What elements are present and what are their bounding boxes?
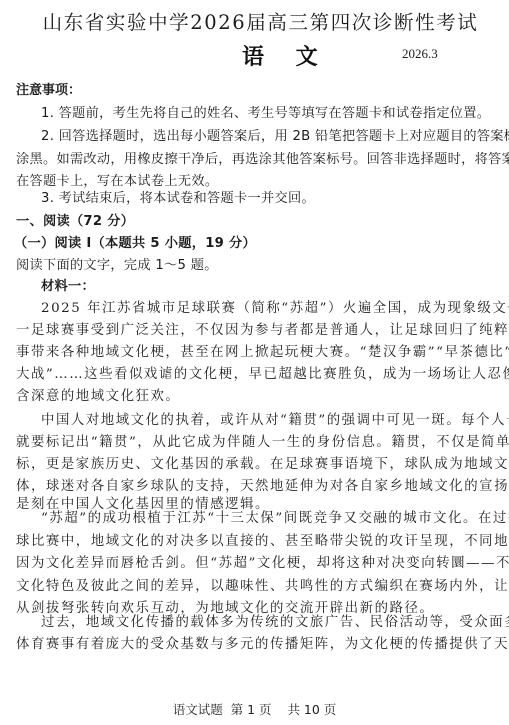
note-line-2: 2. 回答选择题时，选出每小题答案后，用 2B 铅笔把答题卡上对应题目的答案标号 xyxy=(41,128,509,146)
passage-line: 含深意的地域文化狂欢。 xyxy=(16,388,180,406)
passage-line: 球比赛中，地域文化的对决多以直接的、甚至略带尖锐的攻讦呈现，不同地方的球迷会 xyxy=(16,533,509,551)
exam-title: 山东省实验中学2026届高三第四次诊断性考试 xyxy=(0,7,509,35)
passage-line: 标，更是家族历史、文化基因的承载。在足球赛事语境下，球队成为地域文化的鲜活载 xyxy=(16,456,509,474)
passage-line: 事带来各种地域文化梗，甚至在网上掀起玩梗大赛。“楚汉争霸”“早茶德比”“美食 xyxy=(16,344,509,362)
page-footer: 语文试题 第 1 页 共 10 页 xyxy=(0,700,509,718)
passage-line: 大战”……这些看似戏谑的文化梗，早已超越比赛胜负，成为一场场让人忍俊不禁又饱 xyxy=(16,366,509,384)
subject-title: 语 文 xyxy=(242,40,330,71)
material-label: 材料一： xyxy=(41,278,95,296)
section-heading: 一、阅读（72 分） xyxy=(16,213,134,231)
passage-line: 一足球赛事受到广泛关注，不仅因为参与者都是普通人，让足球回归了纯粹，更因为赛 xyxy=(16,322,509,340)
note-line-3: 3. 考试结束后，将本试卷和答题卡一并交回。 xyxy=(41,190,315,208)
notes-heading: 注意事项： xyxy=(16,82,81,100)
section-subheading: （一）阅读 I（本题共 5 小题，19 分） xyxy=(14,235,256,253)
passage-line: 中国人对地域文化的执着，或许从对“籍贯”的强调中可见一斑。每个人一出生， xyxy=(41,412,509,430)
reading-instruction: 阅读下面的文字，完成 1～5 题。 xyxy=(16,257,218,275)
passage-line: “苏超”的成功根植于江苏“十三太保”间既竞争又交融的城市文化。在过往的足 xyxy=(41,510,509,528)
passage-line: 2025 年江苏省城市足球联赛（简称“苏超”）火遍全国，成为现象级文化事件。这 xyxy=(41,300,509,318)
passage-line: 体育赛事有着庞大的受众基数与多元的传播矩阵，为文化梗的传播提供了天然的“破圈” xyxy=(16,636,509,654)
exam-date: 2026.3 xyxy=(402,46,438,62)
exam-page: 山东省实验中学2026届高三第四次诊断性考试 语 文 2026.3 注意事项： … xyxy=(0,0,509,725)
note-line-2-end: 在答题卡上，写在本试卷上无效。 xyxy=(16,173,218,191)
passage-line: 就要标记出“籍贯”，从此它成为伴随人一生的身份信息。籍贯，不仅是简单的地理坐 xyxy=(16,434,509,452)
passage-line: 文化特色及彼此之间的差异，以趣味性、共鸣性的方式编织在赛场内外，让“文化对抗” xyxy=(16,578,509,596)
passage-line: 体，球迷对各自家乡球队的支持，天然地延伸为对各自家乡地域文化的宣扬与守护，这 xyxy=(16,478,509,496)
note-line-1: 1. 答题前，考生先将自己的姓名、考生号等填写在答题卡和试卷指定位置。 xyxy=(41,105,490,123)
passage-line: 因为文化差异而唇枪舌剑。但“苏超”文化梗，却将这种对决变向转圜——不同城市的 xyxy=(16,555,509,573)
passage-line: 过去，地域文化传播的载体多为传统的文旅广告、民俗活动等，受众面多有局限。 xyxy=(41,614,509,632)
note-line-2-cont: 涂黑。如需改动，用橡皮擦干净后，再选涂其他答案标号。回答非选择题时，将答案写 xyxy=(16,151,509,169)
